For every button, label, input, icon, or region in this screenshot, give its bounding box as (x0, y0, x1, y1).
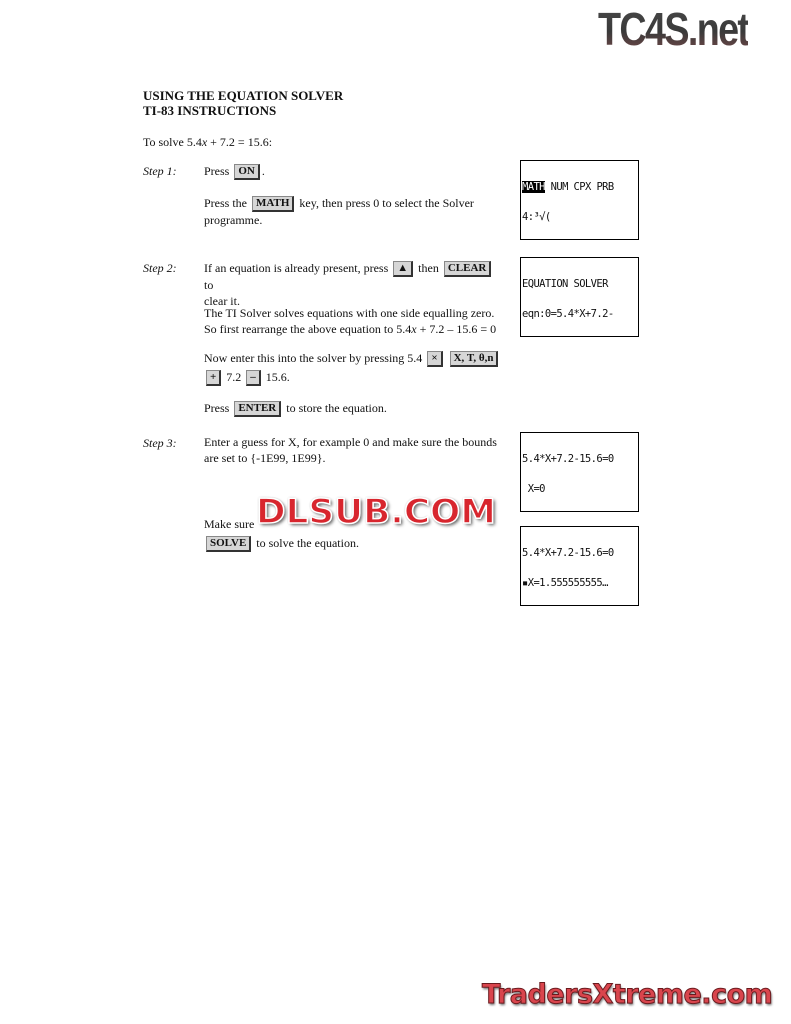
tab-math: MATH (522, 181, 545, 193)
tab-cpx: CPX (574, 181, 591, 193)
document-title: USING THE EQUATION SOLVER TI-83 INSTRUCT… (143, 88, 343, 118)
tab-prb: PRB (596, 181, 613, 193)
text: 7.2 (226, 370, 241, 384)
text: . (262, 164, 265, 178)
screen-line: X=0 (522, 484, 637, 494)
text: + 7.2 – 15.6 = 0 (417, 322, 497, 336)
key-solve: SOLVE (206, 536, 251, 552)
text: key, then press 0 to select the Solver (299, 196, 474, 210)
title-line-1: USING THE EQUATION SOLVER (143, 88, 343, 103)
title-line-2: TI-83 INSTRUCTIONS (143, 103, 343, 118)
intro-prefix: To solve 5.4 (143, 135, 202, 149)
text: to store the equation. (286, 401, 387, 415)
calculator-screen-math-menu: MATH NUM CPX PRB 4:³√( 5:ˣ√ 6:fMin( 7:fM… (520, 160, 639, 240)
text: to solve the equation. (256, 536, 359, 550)
step-2-label: Step 2: (143, 261, 177, 276)
tab-num: NUM (551, 181, 568, 193)
screen-line: ▪X=1.555555555… (522, 578, 637, 588)
text: are set to {-1E99, 1E99}. (204, 451, 326, 465)
key-plus: + (206, 370, 221, 386)
step-3-para-1: Enter a guess for X, for example 0 and m… (204, 434, 504, 466)
key-up-arrow: ▲ (393, 261, 413, 277)
text: Press (204, 401, 229, 415)
text: 15.6. (266, 370, 290, 384)
calculator-screen-equation-solver: EQUATION SOLVER eqn:0=5.4*X+7.2- 15.6 (520, 257, 639, 337)
text: Enter a guess for X, for example 0 and m… (204, 435, 497, 449)
key-multiply: × (427, 351, 442, 367)
text: programme. (204, 213, 262, 227)
text: So first rearrange the above equation to… (204, 322, 411, 336)
menu-item: 4:³√( (522, 212, 637, 222)
text: then (418, 261, 439, 275)
key-clear: CLEAR (444, 261, 492, 277)
text: If an equation is already present, press (204, 261, 388, 275)
intro-suffix: + 7.2 = 15.6: (207, 135, 272, 149)
step-2-para-4: Press ENTER to store the equation. (204, 400, 387, 417)
key-enter: ENTER (234, 401, 281, 417)
step-1-label: Step 1: (143, 164, 177, 179)
step-2-para-2: The TI Solver solves equations with one … (204, 305, 504, 337)
step-1-para-2: Press the MATH key, then press 0 to sele… (204, 195, 504, 228)
watermark-tc4s-logo: TC4S.net (598, 2, 748, 56)
step-3-label: Step 3: (143, 436, 177, 451)
screen-line: 5.4*X+7.2-15.6=0 (522, 548, 637, 558)
key-math: MATH (252, 196, 294, 212)
key-on: ON (234, 164, 260, 180)
screen-line: eqn:0=5.4*X+7.2- (522, 309, 637, 319)
key-x-t-theta-n: X, T, θ,n (450, 351, 499, 367)
step-2-para-1: If an equation is already present, press… (204, 260, 504, 309)
text: Press (204, 164, 229, 178)
step-1-para-1: Press ON. (204, 163, 265, 180)
text: The TI Solver solves equations with one … (204, 306, 494, 320)
watermark-tradersxtreme-logo: TradersXtreme.com (482, 979, 772, 1011)
screen-line: 5.4*X+7.2-15.6=0 (522, 454, 637, 464)
calculator-screen-bounds: 5.4*X+7.2-15.6=0 X=0 bound={-1ᴇ99,1… (520, 432, 639, 512)
calculator-screen-solved: 5.4*X+7.2-15.6=0 ▪X=1.555555555… bound={… (520, 526, 639, 606)
screen-line: EQUATION SOLVER (522, 279, 637, 289)
intro-text: To solve 5.4x + 7.2 = 15.6: (143, 134, 272, 150)
step-2-para-3: Now enter this into the solver by pressi… (204, 349, 504, 387)
watermark-dlsub-logo: DLSUB.COM (256, 494, 496, 530)
text: Now enter this into the solver by pressi… (204, 351, 422, 365)
text: to (204, 278, 213, 292)
key-minus: – (246, 370, 261, 386)
text: Press the (204, 196, 247, 210)
text: Make sure (204, 517, 254, 531)
